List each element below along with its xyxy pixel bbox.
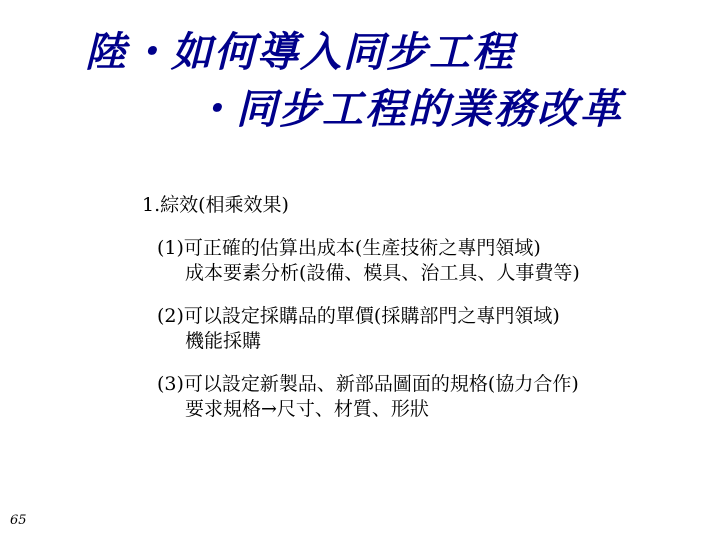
list-item-text: (2)可以設定採購品的單價(採購部門之專門領域) — [157, 304, 580, 329]
list-item: (2)可以設定採購品的單價(採購部門之專門領域) 機能採購 — [140, 304, 580, 354]
list-item-subtext: 機能採購 — [157, 329, 580, 354]
list-item: (1)可正確的估算出成本(生產技術之專門領域) 成本要素分析(設備、模具、治工具… — [140, 236, 580, 286]
list-item-subtext: 成本要素分析(設備、模具、治工具、人事費等) — [157, 261, 580, 286]
list-item-text: (3)可以設定新製品、新部品圖面的規格(協力合作) — [157, 372, 580, 397]
list-item-subtext: 要求規格→尺寸、材質、形狀 — [157, 397, 580, 422]
slide-title: 陸・如何導入同步工程 ・同步工程的業務改革 — [85, 24, 623, 138]
list-item: (3)可以設定新製品、新部品圖面的規格(協力合作) 要求規格→尺寸、材質、形狀 — [140, 372, 580, 422]
body-heading: 1.綜效(相乘效果) — [140, 193, 580, 218]
list-item-text: (1)可正確的估算出成本(生產技術之專門領域) — [157, 236, 580, 261]
page-number: 65 — [10, 513, 27, 528]
slide-title-line-1: 陸・如何導入同步工程 — [85, 24, 623, 81]
slide-title-line-2: ・同步工程的業務改革 — [85, 81, 623, 138]
slide-body: 1.綜效(相乘效果) (1)可正確的估算出成本(生產技術之專門領域) 成本要素分… — [140, 193, 580, 440]
presentation-slide: 陸・如何導入同步工程 ・同步工程的業務改革 1.綜效(相乘效果) (1)可正確的… — [0, 0, 720, 540]
